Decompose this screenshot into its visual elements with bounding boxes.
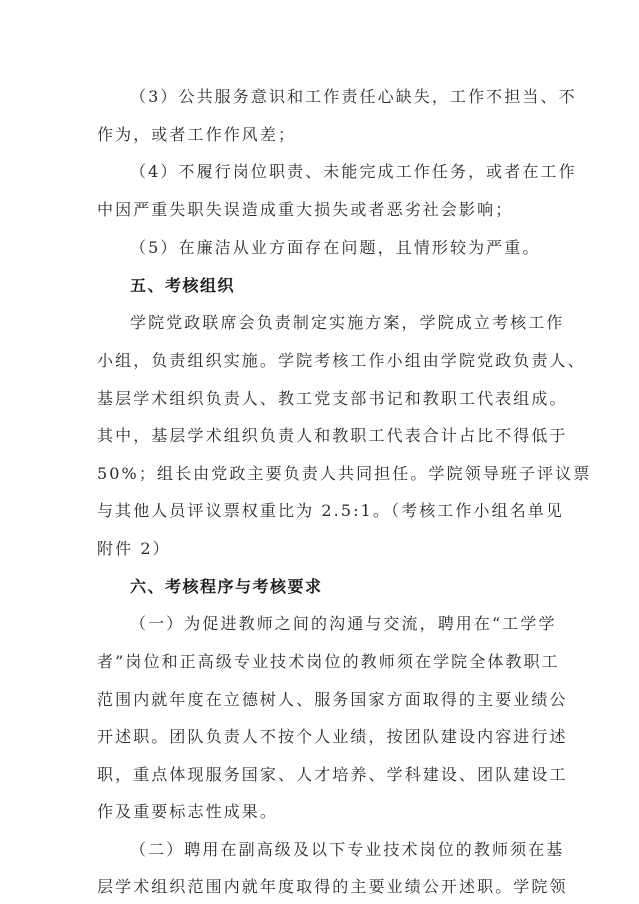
text-line: （4）不履行岗位职责、未能完成工作任务，或者在工作 [130, 162, 548, 182]
text-line: 附件 2） [97, 539, 547, 559]
text-line: 小组，负责组织实施。学院考核工作小组由学院党政负责人、 [97, 351, 547, 371]
text-line: 范围内就年度在立德树人、服务国家方面取得的主要业绩公 [97, 690, 547, 710]
text-line: 50%；组长由党政主要负责人共同担任。学院领导班子评议票 [97, 464, 547, 484]
document-page: （3）公共服务意识和工作责任心缺失，工作不担当、不 作为，或者工作作风差； （4… [0, 0, 639, 904]
text-line: 职，重点体现服务国家、人才培养、学科建设、团队建设工 [97, 765, 547, 785]
text-line: 其中，基层学术组织负责人和教职工代表合计占比不得低于 [97, 426, 547, 446]
text-line: （二）聘用在副高级及以下专业技术岗位的教师须在基 [130, 840, 548, 860]
text-line: 中因严重失职失误造成重大损失或者恶劣社会影响； [97, 200, 547, 220]
text-line: 开述职。团队负责人不按个人业绩，按团队建设内容进行述 [97, 727, 547, 747]
section-heading: 五、考核组织 [130, 276, 548, 296]
text-line: （5）在廉洁从业方面存在问题，且情形较为严重。 [130, 238, 548, 258]
text-line: 作为，或者工作作风差； [97, 125, 547, 145]
text-line: 学院党政联席会负责制定实施方案，学院成立考核工作 [130, 313, 548, 333]
text-line: 层学术组织范围内就年度取得的主要业绩公开述职。学院领 [97, 877, 547, 897]
text-line: 基层学术组织负责人、教工党支部书记和教职工代表组成。 [97, 389, 547, 409]
text-line: 与其他人员评议票权重比为 2.5:1。（考核工作小组名单见 [97, 501, 547, 521]
text-line: （一）为促进教师之间的沟通与交流，聘用在“工学学 [130, 614, 548, 634]
text-line: （3）公共服务意识和工作责任心缺失，工作不担当、不 [130, 87, 548, 107]
section-heading: 六、考核程序与考核要求 [130, 577, 548, 597]
text-line: 作及重要标志性成果。 [97, 802, 547, 822]
text-line: 者”岗位和正高级专业技术岗位的教师须在学院全体教职工 [97, 652, 547, 672]
